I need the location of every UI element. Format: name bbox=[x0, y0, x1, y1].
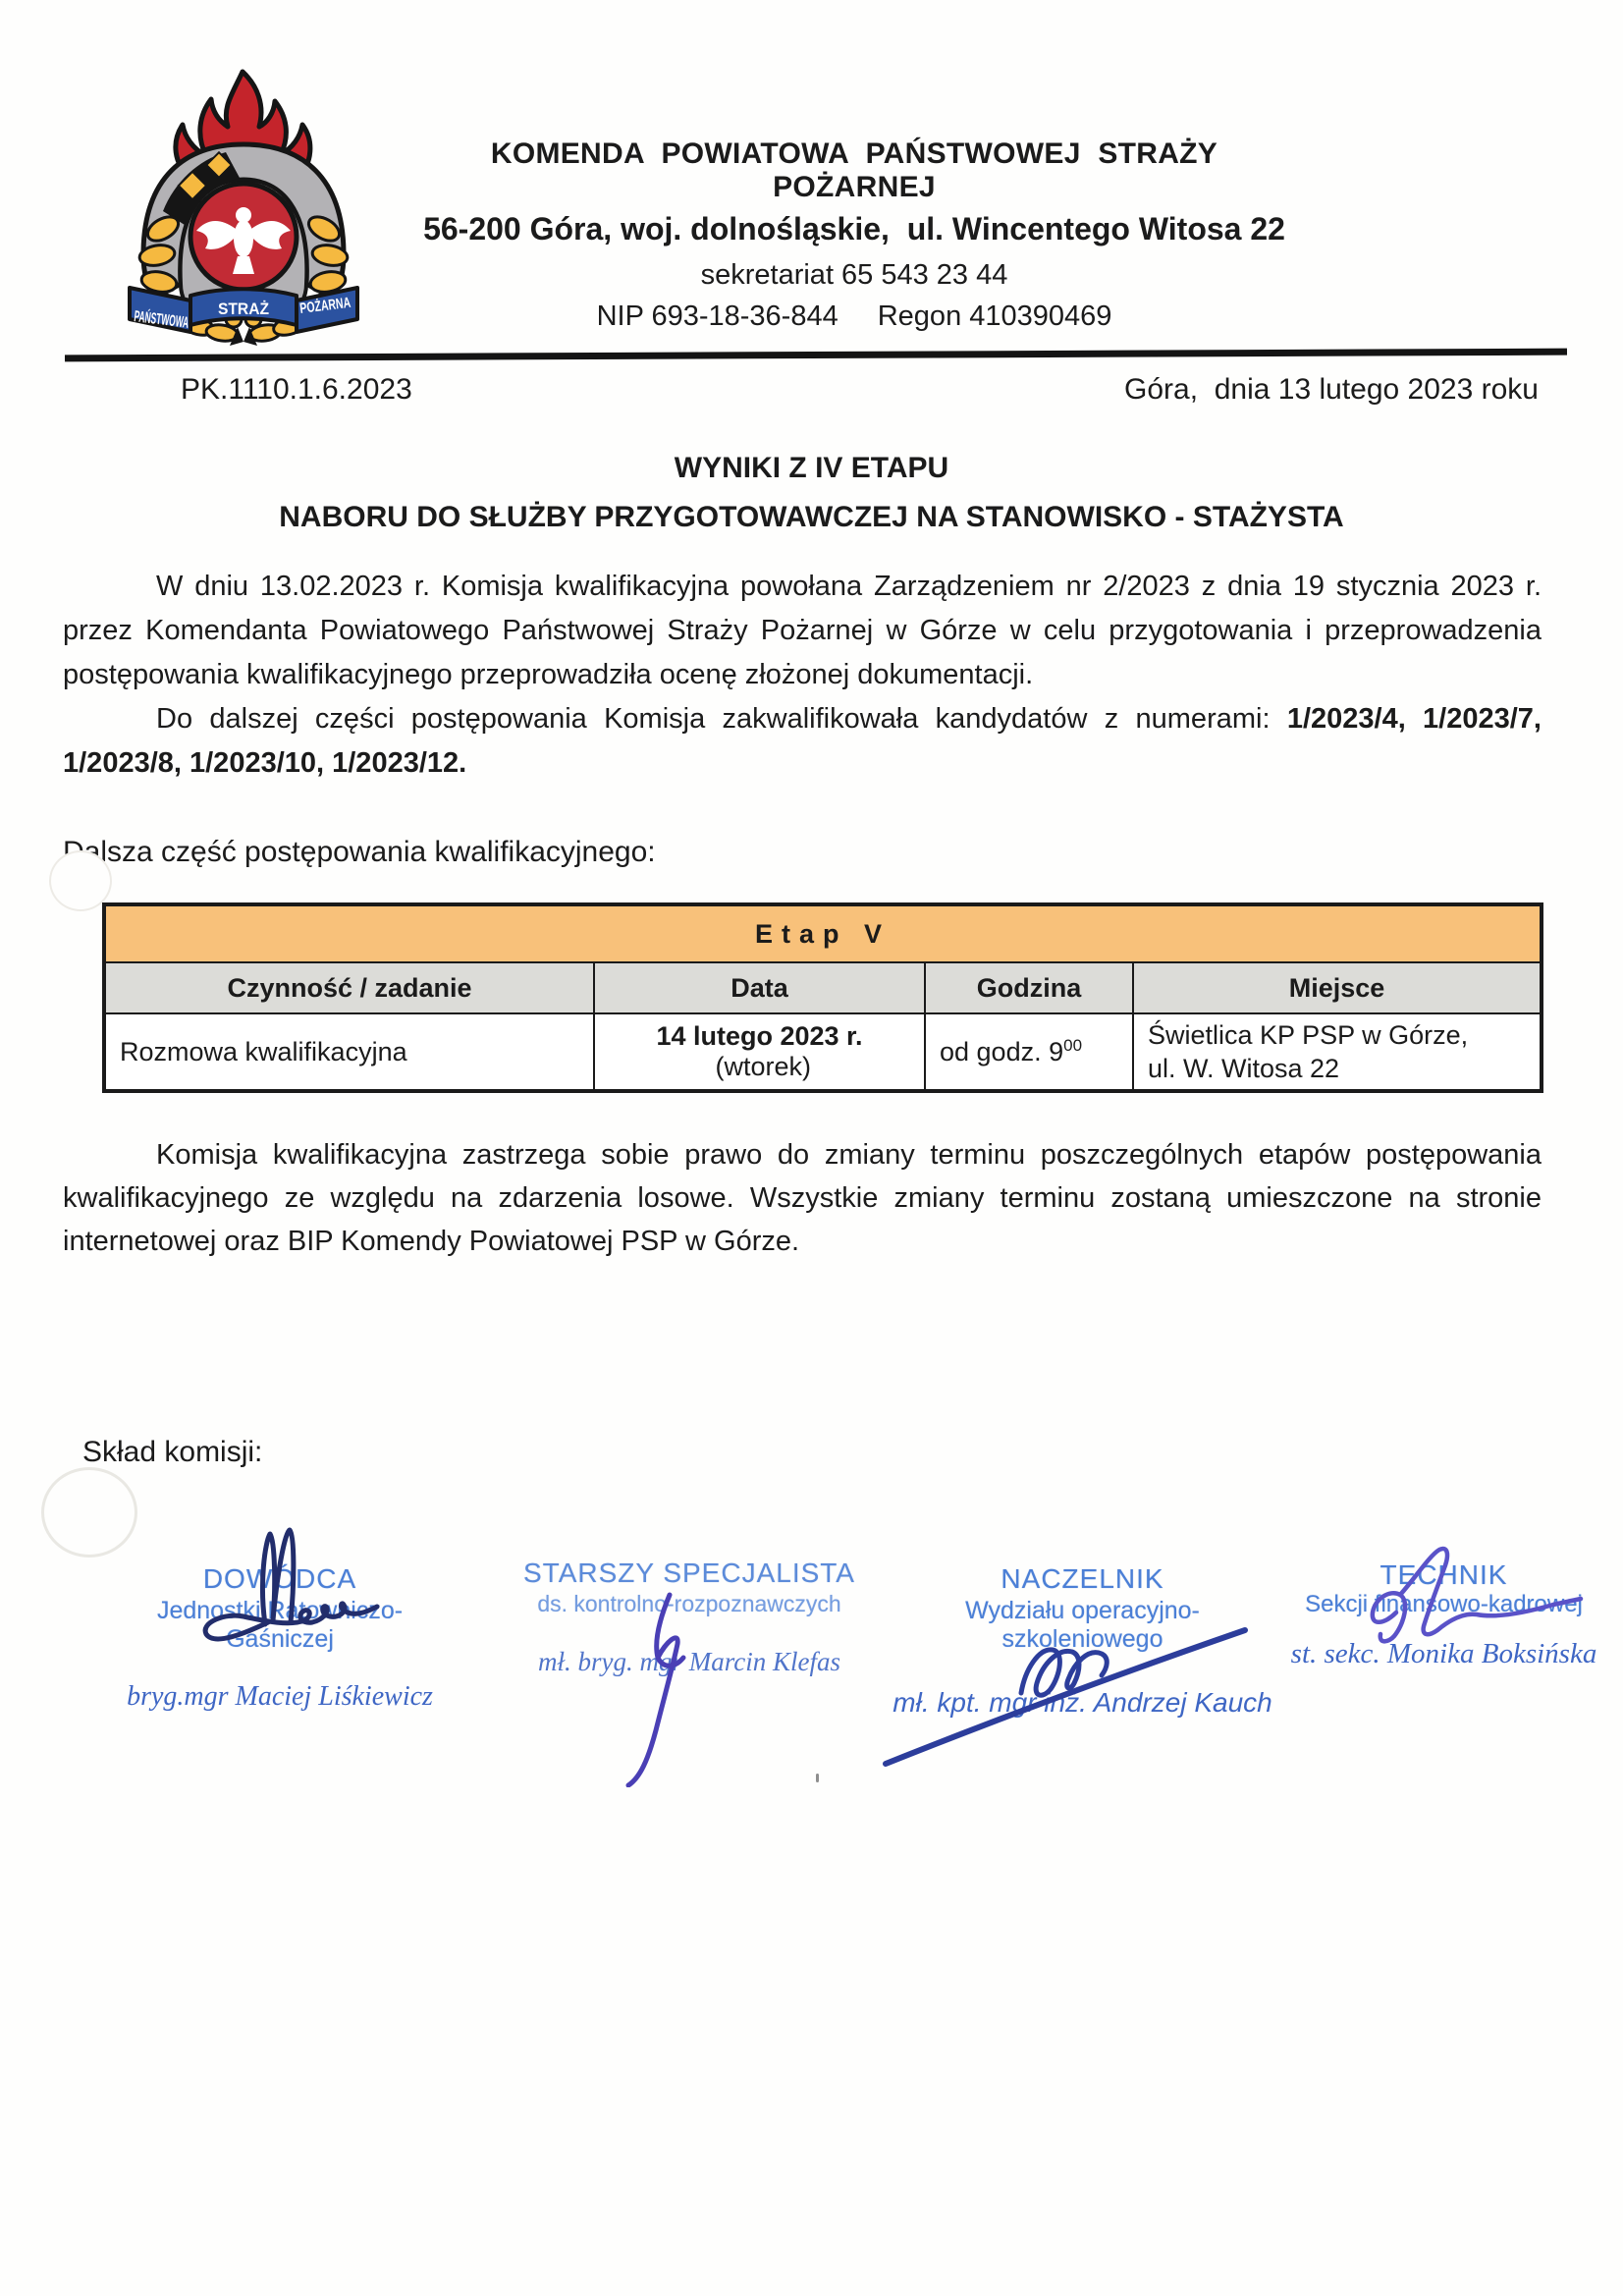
col-header-time: Godzina bbox=[925, 962, 1133, 1013]
org-address: 56-200 Góra, woj. dolnośląskie, ul. Winc… bbox=[412, 211, 1296, 247]
place-and-date: Góra, dnia 13 lutego 2023 roku bbox=[1124, 373, 1539, 407]
signer-name: bryg.mgr Maciej Liśkiewicz bbox=[113, 1681, 447, 1713]
title-line1: WYNIKI Z IV ETAPU bbox=[0, 452, 1623, 485]
candidate-numbers-2: 1/2023/8, 1/2023/10, 1/2023/12. bbox=[63, 741, 1542, 786]
signer-unit: Jednostki Ratowniczo-Gaśniczej bbox=[113, 1597, 447, 1654]
signer-name: mł. bryg. mgr Marcin Klefas bbox=[522, 1647, 856, 1677]
paragraph-qualified-candidates: Do dalszej części postępowania Komisja z… bbox=[63, 697, 1542, 786]
cell-time: od godz. 900 bbox=[925, 1013, 1133, 1091]
banner-text-middle: STRAŻ bbox=[218, 300, 269, 318]
cell-date: 14 lutego 2023 r. (wtorek) bbox=[594, 1013, 925, 1091]
signer-unit: Wydziału operacyjno-szkoleniowego bbox=[889, 1597, 1276, 1654]
qualified-prefix: Do dalszej części postępowania Komisja z… bbox=[156, 703, 1287, 735]
signer-title: STARSZY SPECJALISTA bbox=[522, 1558, 856, 1589]
ink-speck-artifact bbox=[816, 1774, 819, 1782]
scanned-document-page: PAŃSTWOWA STRAŻ POŻARNA KOMENDA POWIATOW… bbox=[0, 0, 1623, 2296]
place-line2: ul. W. Witosa 22 bbox=[1148, 1052, 1526, 1085]
time-superscript: 00 bbox=[1063, 1036, 1082, 1055]
signer-name: st. sekc. Monika Boksińska bbox=[1270, 1638, 1618, 1670]
fire-service-emblem: PAŃSTWOWA STRAŻ POŻARNA bbox=[114, 61, 373, 348]
title-line2: NABORU DO SŁUŻBY PRZYGOTOWAWCZEJ NA STAN… bbox=[0, 501, 1623, 534]
col-header-task: Czynność / zadanie bbox=[104, 962, 594, 1013]
col-header-place: Miejsce bbox=[1133, 962, 1542, 1013]
candidate-numbers-1: 1/2023/4, 1/2023/7, bbox=[1287, 703, 1542, 735]
qualified-line1: Do dalszej części postępowania Komisja z… bbox=[63, 697, 1542, 741]
col-header-date: Data bbox=[594, 962, 925, 1013]
cell-task: Rozmowa kwalifikacyjna bbox=[104, 1013, 594, 1091]
place-line1: Świetlica KP PSP w Górze, bbox=[1148, 1018, 1526, 1052]
reference-number: PK.1110.1.6.2023 bbox=[181, 373, 412, 407]
stage-intro-label: Dalsza część postępowania kwalifikacyjne… bbox=[63, 836, 656, 869]
signature-block-commander: DOWÓDCA Jednostki Ratowniczo-Gaśniczej b… bbox=[113, 1563, 447, 1713]
org-nip: NIP 693-18-36-844 bbox=[597, 301, 839, 332]
committee-label: Skład komisji: bbox=[82, 1436, 262, 1469]
org-secretariat: sekretariat 65 543 23 44 bbox=[412, 259, 1296, 292]
paragraph-disclaimer: Komisja kwalifikacyjna zastrzega sobie p… bbox=[63, 1133, 1542, 1263]
signature-block-senior-specialist: STARSZY SPECJALISTA ds. kontrolno-rozpoz… bbox=[522, 1558, 856, 1677]
org-regon: Regon 410390469 bbox=[878, 301, 1112, 332]
signer-unit: Sekcji finansowo-kadrowej bbox=[1270, 1591, 1618, 1618]
signer-unit: ds. kontrolno-rozpoznawczych bbox=[522, 1591, 856, 1617]
org-ids: NIP 693-18-36-844Regon 410390469 bbox=[412, 301, 1296, 333]
cell-place: Świetlica KP PSP w Górze, ul. W. Witosa … bbox=[1133, 1013, 1542, 1091]
signer-title: TECHNIK bbox=[1270, 1559, 1618, 1591]
paragraph-commission: W dniu 13.02.2023 r. Komisja kwalifikacy… bbox=[63, 565, 1542, 697]
stage-table: Etap V Czynność / zadanie Data Godzina M… bbox=[102, 902, 1540, 1093]
signer-title: DOWÓDCA bbox=[113, 1563, 447, 1595]
table-row: Rozmowa kwalifikacyjna 14 lutego 2023 r.… bbox=[104, 1013, 1542, 1091]
signer-title: NACZELNIK bbox=[889, 1563, 1276, 1595]
org-name: KOMENDA POWIATOWA PAŃSTWOWEJ STRAŻY POŻA… bbox=[412, 137, 1296, 204]
letterhead: KOMENDA POWIATOWA PAŃSTWOWEJ STRAŻY POŻA… bbox=[412, 137, 1296, 333]
document-title: WYNIKI Z IV ETAPU NABORU DO SŁUŻBY PRZYG… bbox=[0, 452, 1623, 534]
signature-block-chief: NACZELNIK Wydziału operacyjno-szkoleniow… bbox=[889, 1563, 1276, 1719]
signer-name: mł. kpt. mgr inż. Andrzej Kauch bbox=[889, 1687, 1276, 1719]
table-header-row: Czynność / zadanie Data Godzina Miejsce bbox=[104, 962, 1542, 1013]
signature-block-technician: TECHNIK Sekcji finansowo-kadrowej st. se… bbox=[1270, 1559, 1618, 1670]
date-weekday: (wtorek) bbox=[708, 1052, 811, 1081]
time-text: od godz. 9 bbox=[940, 1037, 1063, 1066]
hole-punch-artifact bbox=[41, 1467, 137, 1558]
table-title: Etap V bbox=[104, 904, 1542, 962]
date-bold: 14 lutego 2023 r. bbox=[656, 1021, 862, 1051]
header-divider bbox=[65, 349, 1567, 362]
